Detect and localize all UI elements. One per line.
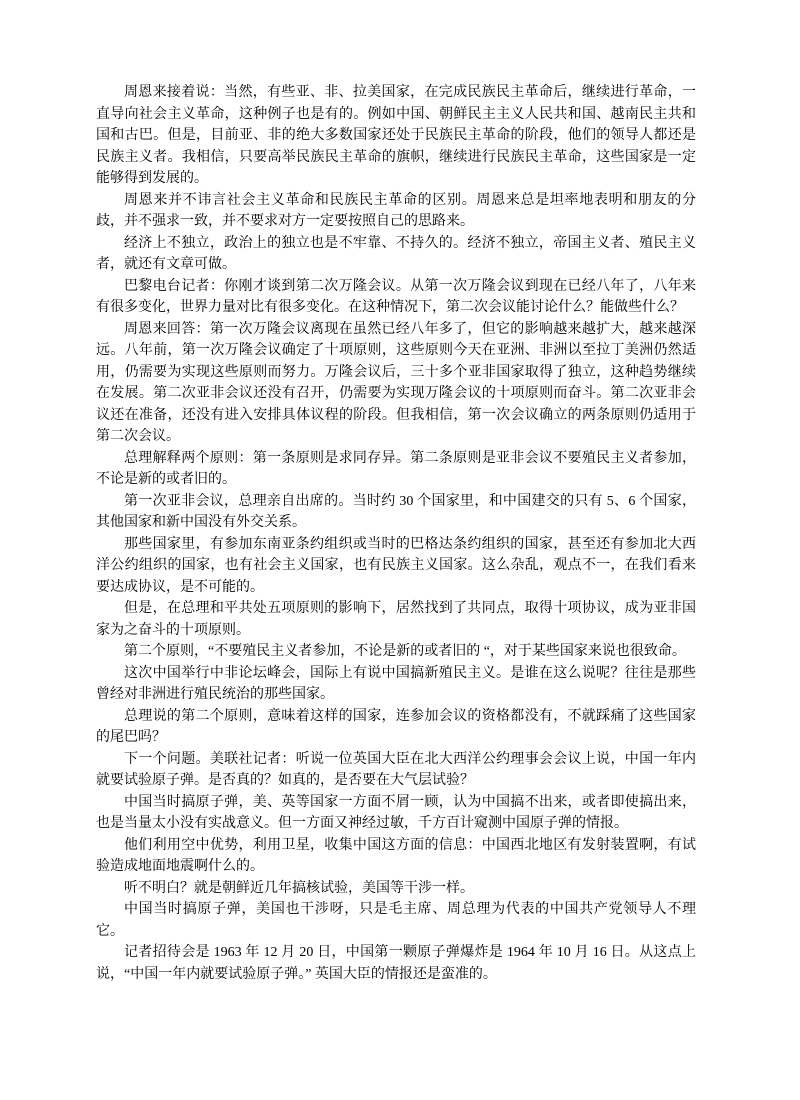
- paragraph: 记者招待会是 1963 年 12 月 20 日，中国第一颗原子弹爆炸是 1964…: [96, 942, 696, 985]
- paragraph: 中国当时搞原子弹，美国也干涉呀，只是毛主席、周总理为代表的中国共产党领导人不理它…: [96, 899, 696, 942]
- paragraph: 总理说的第二个原则，意味着这样的国家，连参加会议的资格都没有，不就踩痛了这些国家…: [96, 706, 696, 749]
- paragraph: 中国当时搞原子弹，美、英等国家一方面不屑一顾，认为中国搞不出来，或者即使搞出来，…: [96, 792, 696, 835]
- paragraph: 巴黎电台记者：你刚才谈到第二次万隆会议。从第一次万隆会议到现在已经八年了，八年来…: [96, 276, 696, 319]
- paragraph: 第二个原则，“不要殖民主义者参加，不论是新的或者旧的 “，对于某些国家来说也很致…: [96, 641, 696, 663]
- document-content: 周恩来接着说：当然，有些亚、非、拉美国家，在完成民族民主革命后，继续进行革命，一…: [96, 82, 696, 985]
- paragraph: 经济上不独立，政治上的独立也是不牢靠、不持久的。经济不独立，帝国主义者、殖民主义…: [96, 233, 696, 276]
- paragraph: 周恩来回答：第一次万隆会议离现在虽然已经八年多了，但它的影响越来越扩大，越来越深…: [96, 319, 696, 448]
- paragraph: 第一次亚非会议，总理亲自出席的。当时约 30 个国家里，和中国建交的只有 5、6…: [96, 491, 696, 534]
- paragraph: 下一个问题。美联社记者：听说一位英国大臣在北大西洋公约理事会会议上说，中国一年内…: [96, 749, 696, 792]
- paragraph: 这次中国举行中非论坛峰会，国际上有说中国搞新殖民主义。是谁在这么说呢？往往是那些…: [96, 663, 696, 706]
- paragraph: 周恩来并不讳言社会主义革命和民族民主革命的区别。周恩来总是坦率地表明和朋友的分歧…: [96, 190, 696, 233]
- paragraph: 那些国家里，有参加东南亚条约组织或当时的巴格达条约组织的国家，甚至还有参加北大西…: [96, 534, 696, 599]
- paragraph: 他们利用空中优势，利用卫星，收集中国这方面的信息：中国西北地区有发射装置啊，有试…: [96, 835, 696, 878]
- paragraph: 但是，在总理和平共处五项原则的影响下，居然找到了共同点，取得十项协议，成为亚非国…: [96, 598, 696, 641]
- paragraph: 听不明白？就是朝鲜近几年搞核试验，美国等干涉一样。: [96, 878, 696, 900]
- document-page: 周恩来接着说：当然，有些亚、非、拉美国家，在完成民族民主革命后，继续进行革命，一…: [0, 0, 800, 1100]
- paragraph: 总理解释两个原则：第一条原则是求同存异。第二条原则是亚非会议不要殖民主义者参加，…: [96, 448, 696, 491]
- paragraph: 周恩来接着说：当然，有些亚、非、拉美国家，在完成民族民主革命后，继续进行革命，一…: [96, 82, 696, 190]
